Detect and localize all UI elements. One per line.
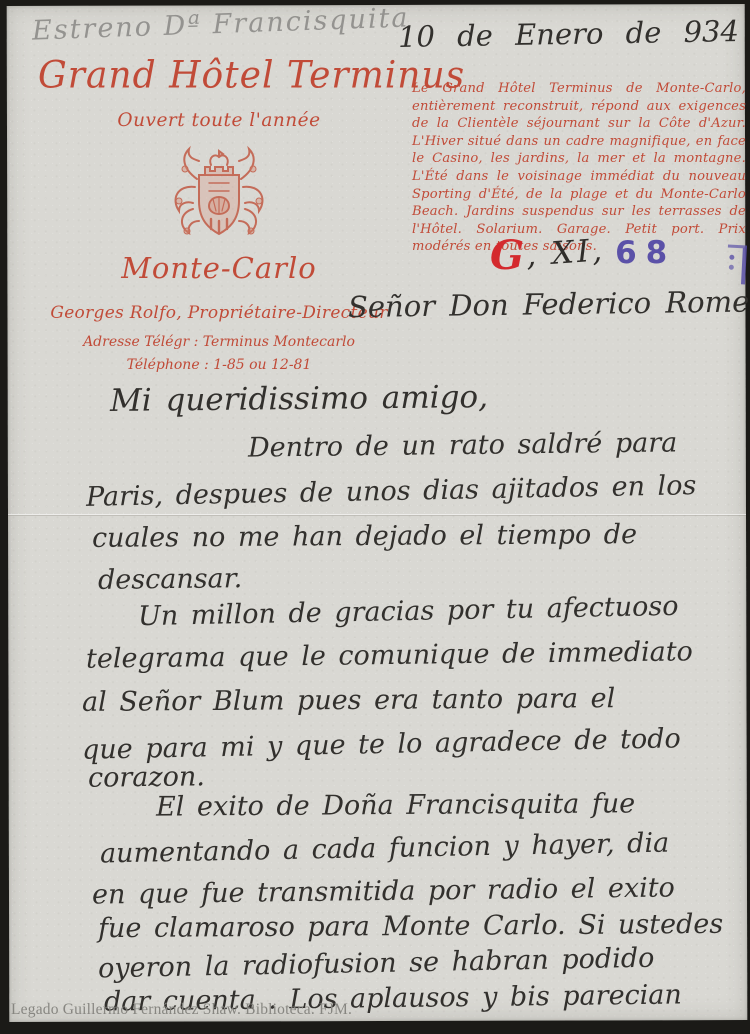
body-line: El exito de Doña Francisquita fue [156, 788, 635, 822]
body-line: descansar. [98, 563, 243, 596]
recipient-line: Señor Don Federico Romero, [348, 284, 750, 324]
scanned-letter-page: Estreno Dª Francisquita 10 de Enero de 9… [0, 0, 750, 1034]
archive-watermark: Legado Guillermo Fernández Shaw. Bibliot… [11, 1001, 352, 1019]
body-line: fue clamaroso para Monte Carlo. Si usted… [98, 909, 723, 944]
stamp-fragment [726, 245, 747, 285]
proprietor-line: Georges Rolfo, Propriétaire-Directeur [38, 303, 400, 323]
hotel-tagline: Ouvert toute l'année [38, 110, 400, 131]
hotel-name: Grand Hôtel Terminus [38, 54, 400, 97]
body-line: Dentro de un rato saldré para [248, 427, 678, 463]
body-line: cuales no me han dejado el tiempo de [92, 519, 637, 554]
hotel-city: Monte-Carlo [38, 251, 400, 285]
salutation-line: Mi queridissimo amigo, [110, 379, 488, 419]
coat-of-arms-icon [149, 139, 289, 257]
archive-stamp-number: 68 [615, 236, 676, 270]
body-line: al Señor Blum pues era tanto para el [82, 683, 615, 718]
hotel-description: Le Grand Hôtel Terminus de Monte-Carlo, … [412, 80, 746, 256]
archive-stamp-roman: , XI, [525, 233, 606, 273]
archive-stamp-letter: G [490, 236, 524, 276]
letterhead: Grand Hôtel Terminus Ouvert toute l'anné… [38, 55, 400, 373]
telephone-line: Téléphone : 1-85 ou 12-81 [38, 357, 400, 373]
archive-stamp: G , XI, 68 [490, 236, 676, 276]
handwritten-date: 10 de Enero de 934 [398, 14, 739, 54]
body-line: corazon. [88, 761, 205, 793]
telegraph-line: Adresse Télégr : Terminus Montecarlo [38, 334, 400, 350]
